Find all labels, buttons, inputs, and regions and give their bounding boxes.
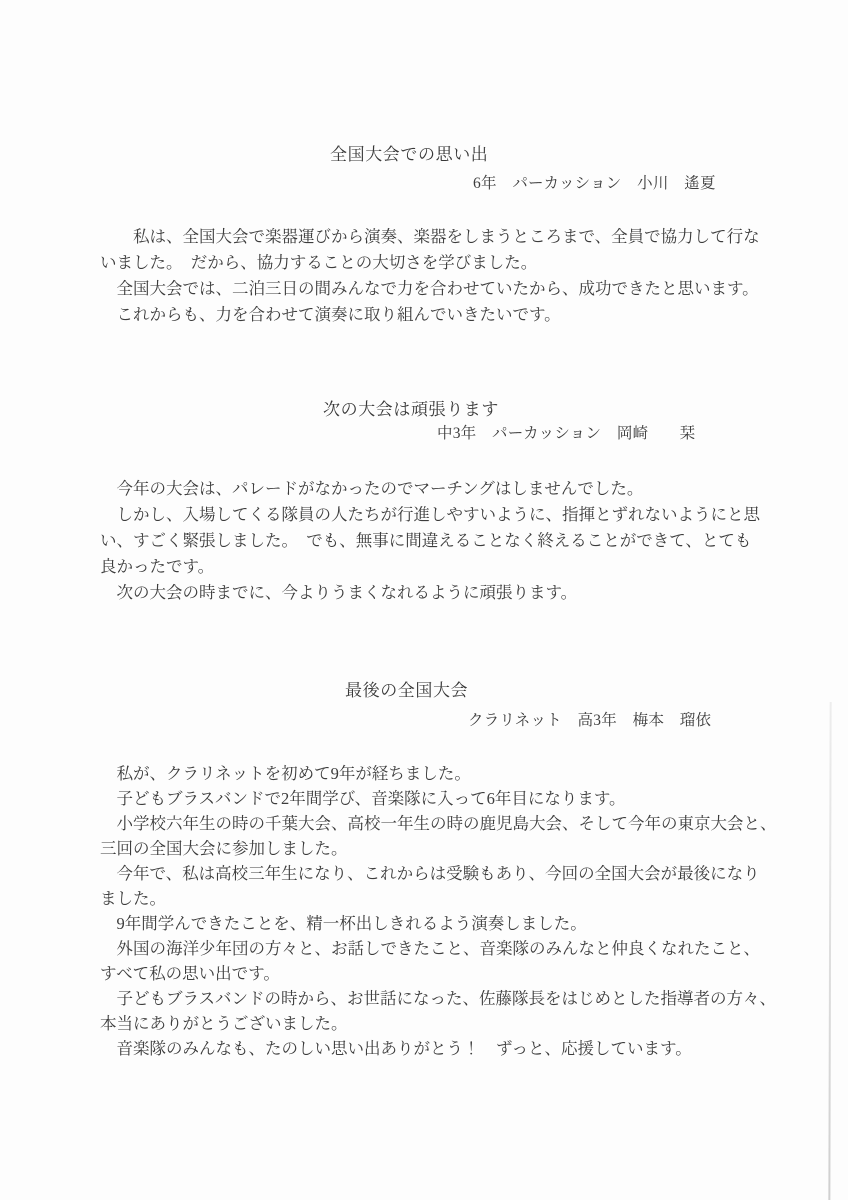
essay-1-line-3: 全国大会では、二泊三日の間みんなで力を合わせていたから、成功できたと思います。 xyxy=(100,276,780,302)
essay-3-title: 最後の全国大会 xyxy=(345,681,468,701)
essay-2-line-2: しかし、入場してくる隊員の人たちが行進しやすいように、指揮とずれないようにと思 xyxy=(100,502,780,528)
essay-2-body: 今年の大会は、パレードがなかったのでマーチングはしませんでした。 しかし、入場し… xyxy=(100,476,780,606)
scan-artifact-line xyxy=(828,702,831,1200)
essay-3-line-7: 9年間学んできたことを、精一杯出しきれるよう演奏しました。 xyxy=(100,911,780,936)
essay-3-line-11: 本当にありがとうございました。 xyxy=(100,1011,780,1036)
essay-3-line-9: すべて私の思い出です。 xyxy=(100,961,780,986)
essay-3-line-2: 子どもブラスバンドで2年間学び、音楽隊に入って6年目になります。 xyxy=(100,786,780,811)
essay-3-line-3: 小学校六年生の時の千葉大会、高校一年生の時の鹿児島大会、そして今年の東京大会と、 xyxy=(100,811,780,836)
essay-2-byline: 中3年 パーカッション 岡崎 栞 xyxy=(437,424,695,443)
essay-2-line-3: い、すごく緊張しました。 でも、無事に間違えることなく終えることができて、とても xyxy=(100,528,780,554)
essay-2-line-4: 良かったです。 xyxy=(100,554,780,580)
essay-3-line-4: 三回の全国大会に参加しました。 xyxy=(100,836,780,861)
essay-2-line-5: 次の大会の時までに、今よりうまくなれるように頑張ります。 xyxy=(100,580,780,606)
essay-3-line-12: 音楽隊のみんなも、たのしい思い出ありがとう！ ずっと、応援しています。 xyxy=(100,1036,780,1061)
essay-1-line-4: これからも、力を合わせて演奏に取り組んでいきたいです。 xyxy=(100,302,780,328)
essay-3-line-6: ました。 xyxy=(100,886,780,911)
essay-3-byline: クラリネット 高3年 梅本 瑠依 xyxy=(468,711,711,730)
essay-2-title: 次の大会は頑張ります xyxy=(323,400,499,420)
essay-3-line-10: 子どもブラスバンドの時から、お世話になった、佐藤隊長をはじめとした指導者の方々、 xyxy=(100,986,780,1011)
essay-2-line-1: 今年の大会は、パレードがなかったのでマーチングはしませんでした。 xyxy=(100,476,780,502)
essay-1-line-2: いました。 だから、協力することの大切さを学びました。 xyxy=(100,250,780,276)
essay-3-body: 私が、クラリネットを初めて9年が経ちました。 子どもブラスバンドで2年間学び、音… xyxy=(100,761,780,1061)
essay-3-line-1: 私が、クラリネットを初めて9年が経ちました。 xyxy=(100,761,780,786)
essay-1-byline: 6年 パーカッション 小川 遙夏 xyxy=(473,174,716,193)
essay-1-title: 全国大会での思い出 xyxy=(330,145,488,165)
scanned-page: 全国大会での思い出 6年 パーカッション 小川 遙夏 私は、全国大会で楽器運びか… xyxy=(0,0,848,1200)
essay-1-body: 私は、全国大会で楽器運びから演奏、楽器をしまうところまで、全員で協力して行な い… xyxy=(100,224,780,328)
essay-3-line-5: 今年で、私は高校三年生になり、これからは受験もあり、今回の全国大会が最後になり xyxy=(100,861,780,886)
essay-3-line-8: 外国の海洋少年団の方々と、お話しできたこと、音楽隊のみんなと仲良くなれたこと、 xyxy=(100,936,780,961)
essay-1-line-1: 私は、全国大会で楽器運びから演奏、楽器をしまうところまで、全員で協力して行な xyxy=(100,224,780,250)
